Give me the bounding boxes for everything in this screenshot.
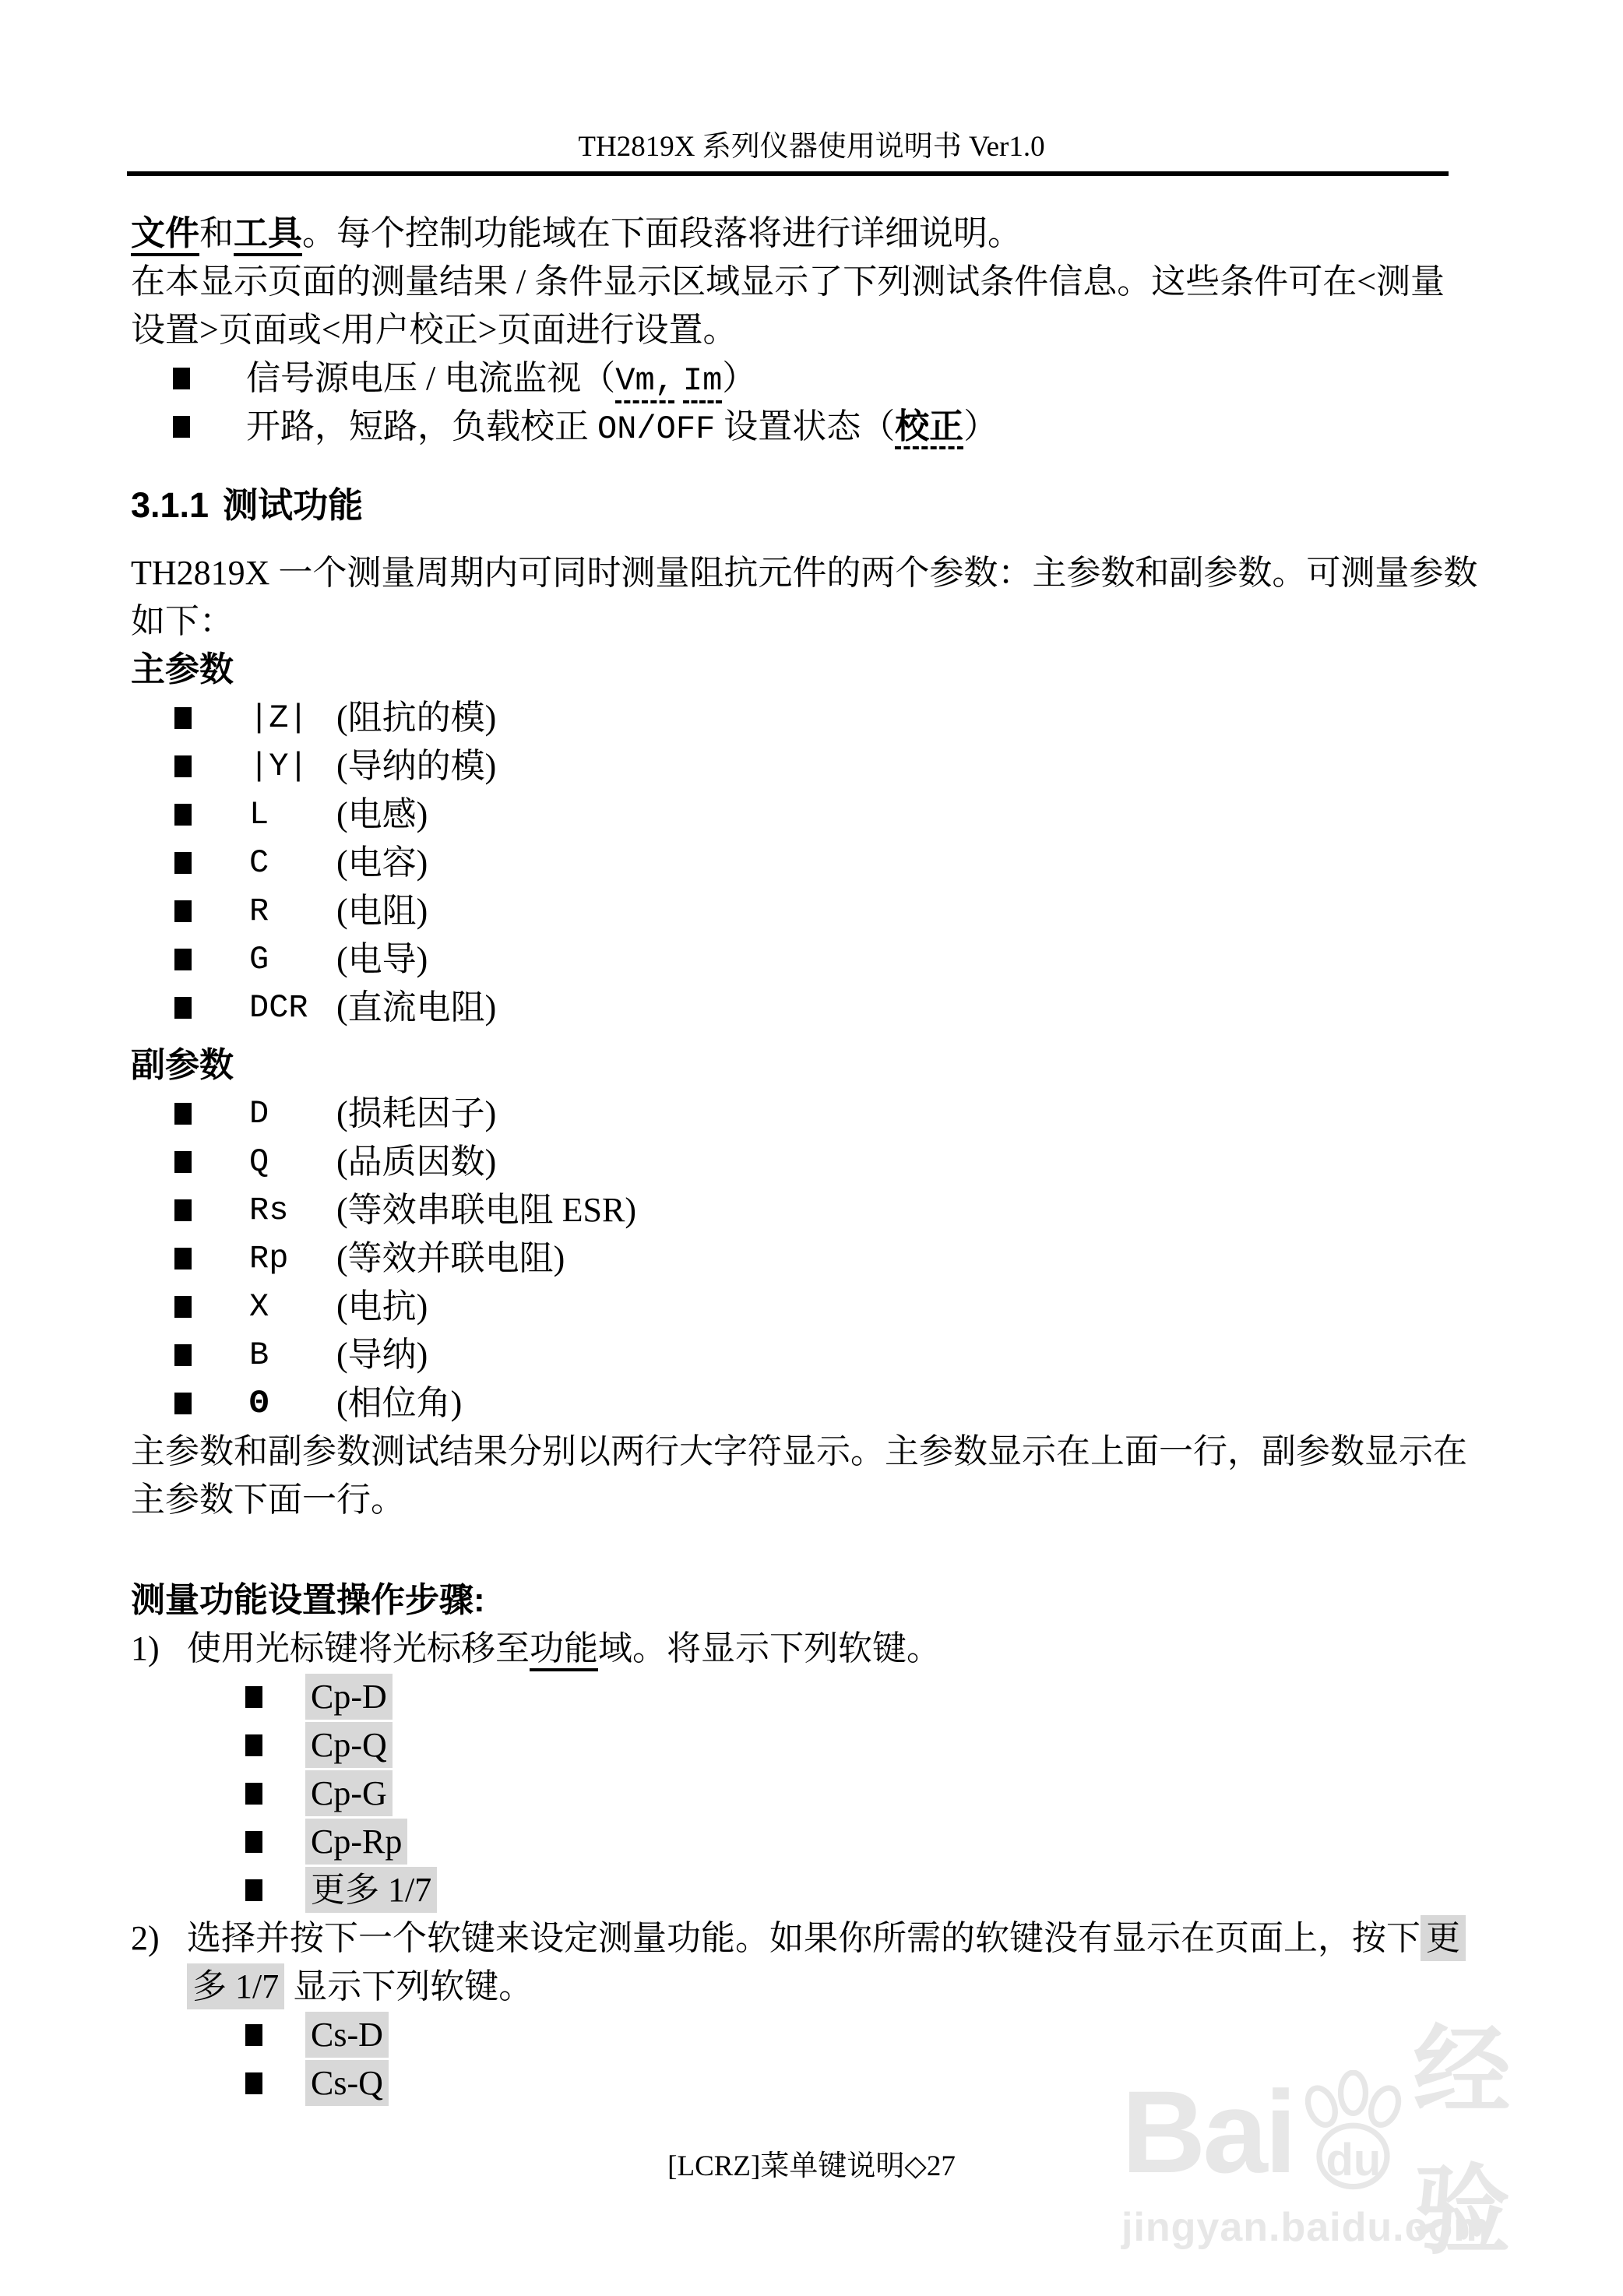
step1-post: 域。将显示下列软键。 — [598, 1629, 941, 1667]
bullet2-pre1: 开路，短路，负载校正 — [246, 407, 597, 445]
param-symbol: |Y| — [249, 742, 308, 791]
header-rule — [127, 171, 1449, 176]
param-symbol: |Z| — [249, 694, 308, 742]
softkey-row-cs-d: Cs-D — [131, 2011, 1492, 2059]
more-key-ref-part1: 更 — [1421, 1915, 1466, 1961]
param-desc: (直流电阻) — [336, 984, 496, 1032]
watermark-logo-row: Bai du 经验 — [1121, 2068, 1589, 2196]
section-paragraph-2-line1: 主参数和副参数测试结果分别以两行大字符显示。主参数显示在上面一行，副参数显示在 — [131, 1428, 1492, 1476]
param-desc: (等效串联电阻 ESR) — [336, 1186, 636, 1234]
intro-paragraph-2-line1: 在本显示页面的测量结果 / 条件显示区域显示了下列测试条件信息。这些条件可在<测… — [131, 258, 1492, 306]
param-symbol: Q — [249, 1138, 269, 1186]
bullet-square-icon — [245, 1734, 262, 1756]
section-paragraph-1-line2: 如下： — [131, 597, 1492, 646]
bullet-square-icon — [174, 1296, 192, 1318]
softkey-label: Cp-D — [305, 1674, 393, 1720]
bullet-square-icon — [245, 2024, 262, 2046]
intro-p1-mid: 和 — [199, 214, 234, 252]
softkey-label: Cp-Rp — [305, 1819, 407, 1865]
onoff-text: ON/OFF — [597, 410, 715, 448]
param-symbol: X — [249, 1283, 269, 1331]
watermark-du-text: du — [1297, 2134, 1410, 2186]
bullet-square-icon — [174, 949, 192, 970]
function-field-ref: 功能 — [530, 1629, 598, 1671]
bullet-square-icon — [174, 997, 192, 1019]
softkey-row-more: 更多 1/7 — [131, 1866, 1492, 1914]
vm-ref: Vm, — [615, 362, 674, 403]
bullet-square-icon — [245, 1686, 262, 1708]
param-symbol: B — [249, 1331, 269, 1379]
bullet-square-icon — [174, 707, 192, 729]
section-heading-3-1-1: 3.1.1测试功能 — [131, 481, 1492, 530]
primary-params-heading: 主参数 — [131, 646, 1492, 694]
correction-ref: 校正 — [895, 407, 963, 449]
softkey-row-cp-d: Cp-D — [131, 1673, 1492, 1721]
section-paragraph-2-line2: 主参数下面一行。 — [131, 1476, 1492, 1524]
bullet2-post: ） — [963, 407, 998, 445]
param-symbol: R — [249, 887, 269, 935]
section-title: 测试功能 — [223, 485, 363, 525]
softkey-row-cp-g: Cp-G — [131, 1770, 1492, 1818]
softkey-row-cp-q: Cp-Q — [131, 1721, 1492, 1770]
tool-menu-ref: 工具 — [234, 214, 302, 256]
param-symbol: G — [249, 935, 269, 984]
bullet-square-icon — [245, 1831, 262, 1853]
bullet-square-icon — [174, 804, 192, 826]
param-symbol: Rp — [249, 1234, 288, 1283]
step2-line2: 显示下列软键。 — [284, 1967, 533, 2005]
intro-paragraph-1: 文件和工具。每个控制功能域在下面段落将进行详细说明。 — [131, 210, 1492, 258]
procedure-heading: 测量功能设置操作步骤: — [131, 1576, 1492, 1625]
bullet-square-icon — [174, 900, 192, 922]
step-number: 2) — [131, 1914, 160, 1963]
header-title: TH2819X 系列仪器使用说明书 Ver1.0 — [578, 131, 1044, 163]
bullet-square-icon — [174, 1344, 192, 1366]
bullet-square-icon — [245, 2072, 262, 2094]
param-symbol: L — [249, 791, 269, 839]
param-symbol: D — [249, 1090, 269, 1138]
param-desc: (损耗因子) — [336, 1090, 496, 1138]
bullet-square-icon — [173, 368, 190, 389]
intro-bullet-monitor: 信号源电压 / 电流监视（Vm, Im） — [131, 354, 1492, 403]
softkey-label: Cp-Q — [305, 1722, 393, 1768]
page-header: TH2819X 系列仪器使用说明书 Ver1.0 — [0, 129, 1623, 166]
bullet-square-icon — [245, 1879, 262, 1901]
step-number: 1) — [131, 1625, 160, 1673]
param-row-c: C (电容) — [131, 839, 1492, 887]
param-desc: (导纳) — [336, 1331, 428, 1379]
param-desc: (导纳的模) — [336, 742, 496, 791]
bullet1-post: ） — [722, 359, 756, 397]
param-desc: (电感) — [336, 791, 428, 839]
bullet-square-icon — [174, 1103, 192, 1125]
bullet-square-icon — [174, 852, 192, 874]
secondary-params-heading: 副参数 — [131, 1041, 1492, 1090]
more-key-ref-part2: 多 1/7 — [187, 1963, 284, 2009]
param-row-d: D (损耗因子) — [131, 1090, 1492, 1138]
param-symbol: C — [249, 839, 269, 887]
param-desc: (品质因数) — [336, 1138, 496, 1186]
step1-pre: 使用光标键将光标移至 — [187, 1629, 530, 1667]
page-body: 文件和工具。每个控制功能域在下面段落将进行详细说明。 在本显示页面的测量结果 /… — [131, 210, 1492, 2108]
param-desc: (电导) — [336, 935, 428, 984]
intro-p1-rest: 。每个控制功能域在下面段落将进行详细说明。 — [302, 214, 1022, 252]
param-row-y: |Y| (导纳的模) — [131, 742, 1492, 791]
param-row-l: L (电感) — [131, 791, 1492, 839]
intro-paragraph-2-line2: 设置>页面或<用户校正>页面进行设置。 — [131, 306, 1492, 354]
param-desc: (阻抗的模) — [336, 694, 496, 742]
param-symbol: DCR — [249, 984, 308, 1032]
procedure-step-1: 1) 使用光标键将光标移至功能域。将显示下列软键。 — [131, 1625, 1492, 1673]
softkey-label: Cs-D — [305, 2012, 389, 2058]
bullet2-pre2: 设置状态（ — [715, 407, 895, 445]
bullet1-sep — [674, 359, 683, 397]
step2-line1: 选择并按下一个软键来设定测量功能。如果你所需的软键没有显示在页面上，按下 — [187, 1919, 1421, 1957]
param-row-z: |Z| (阻抗的模) — [131, 694, 1492, 742]
softkey-label: 更多 1/7 — [305, 1867, 437, 1913]
param-row-b: B (导纳) — [131, 1331, 1492, 1379]
bullet-square-icon — [173, 416, 190, 438]
paw-icon: du — [1297, 2070, 1410, 2195]
param-desc: (等效并联电阻) — [336, 1234, 565, 1283]
procedure-step-2-line2: 多 1/7 显示下列软键。 — [131, 1963, 1492, 2011]
param-desc: (电阻) — [336, 887, 428, 935]
manual-page: TH2819X 系列仪器使用说明书 Ver1.0 文件和工具。每个控制功能域在下… — [0, 0, 1623, 2296]
param-row-x: X (电抗) — [131, 1283, 1492, 1331]
baidu-jingyan-watermark: Bai du 经验 jingyan.baidu.com — [1121, 2068, 1589, 2251]
bullet-square-icon — [174, 1151, 192, 1173]
softkey-label: Cp-G — [305, 1770, 393, 1816]
section-paragraph-1-line1: TH2819X 一个测量周期内可同时测量阻抗元件的两个参数：主参数和副参数。可测… — [131, 549, 1492, 597]
param-desc: (电容) — [336, 839, 428, 887]
param-row-dcr: DCR (直流电阻) — [131, 984, 1492, 1032]
param-row-theta: Θ (相位角) — [131, 1379, 1492, 1428]
bullet-square-icon — [174, 1393, 192, 1414]
softkey-row-cp-rp: Cp-Rp — [131, 1818, 1492, 1866]
bullet-square-icon — [174, 1248, 192, 1269]
bullet1-pre: 信号源电压 / 电流监视（ — [246, 359, 615, 397]
param-symbol: Rs — [249, 1186, 288, 1234]
bullet-square-icon — [174, 1199, 192, 1221]
softkey-label: Cs-Q — [305, 2060, 389, 2106]
param-desc: (相位角) — [336, 1379, 462, 1428]
intro-bullet-correction: 开路，短路，负载校正 ON/OFF 设置状态（校正） — [131, 403, 1492, 451]
watermark-bai-text: Bai — [1121, 2065, 1294, 2199]
param-row-g: G (电导) — [131, 935, 1492, 984]
param-row-r: R (电阻) — [131, 887, 1492, 935]
im-ref: Im — [683, 362, 722, 403]
param-desc: (电抗) — [336, 1283, 428, 1331]
param-row-rp: Rp (等效并联电阻) — [131, 1234, 1492, 1283]
bullet-square-icon — [174, 755, 192, 777]
bullet-square-icon — [245, 1783, 262, 1805]
param-row-rs: Rs (等效串联电阻 ESR) — [131, 1186, 1492, 1234]
procedure-step-2-line1: 2) 选择并按下一个软键来设定测量功能。如果你所需的软键没有显示在页面上，按下更 — [131, 1914, 1492, 1963]
param-symbol: Θ — [249, 1379, 269, 1428]
param-row-q: Q (品质因数) — [131, 1138, 1492, 1186]
file-menu-ref: 文件 — [131, 214, 199, 256]
section-number: 3.1.1 — [131, 485, 209, 525]
